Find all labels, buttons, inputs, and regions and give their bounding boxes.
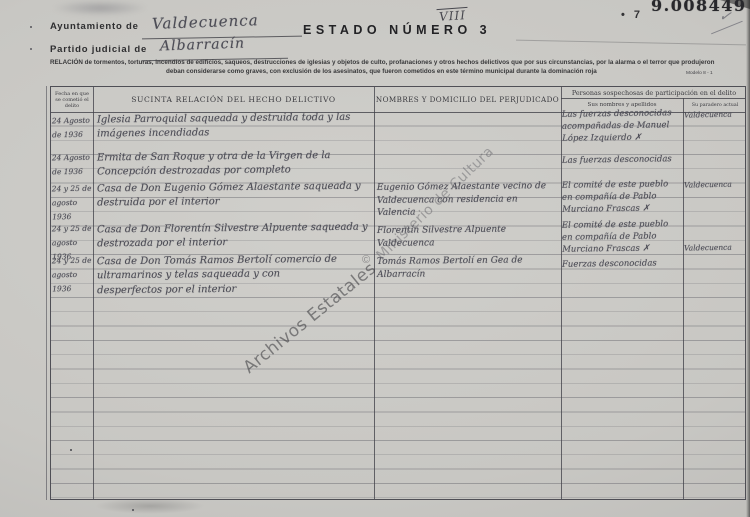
fecha-cell: 24 y 25 de agosto 1936 [52,182,95,225]
column-divider-nombres [561,87,562,499]
relacion-paragraph: RELACIÓN de tormentos, torturas, incendi… [50,59,730,76]
paper-crease-line [516,40,746,46]
partido-judicial-label: Partido judicial de [50,44,147,55]
relacion-line-2: deban considerarse como graves, con excl… [50,68,730,77]
pencil-checkmark: ✓ [718,6,733,26]
hecho-cell: Casa de Don Tomás Ramos Bertolí comercio… [97,253,347,299]
sospechosos-cell: Las fuerzas desconocidas [562,153,674,167]
bottom-shading [95,498,205,514]
relacion-line-1: RELACIÓN de tormentos, torturas, incendi… [50,59,730,68]
sospechosos-cell: El comité de este pueblo en compañía de … [562,218,674,256]
column-header-sucinta-relacion: SUCINTA RELACIÓN DEL HECHO DELICTIVO [93,87,374,112]
hecho-cell: Ermita de San Roque y otra de la Virgen … [97,149,377,181]
ayuntamiento-label: Ayuntamiento de [50,21,139,32]
roman-numeral-annotation: VIII [437,7,469,24]
table-outer-double-line [46,86,47,500]
sospechosos-cell: El comité de este pueblo en compañía de … [562,178,674,216]
right-edge-shadow [746,0,750,517]
ayuntamiento-handwritten-value: Valdecuenca [152,11,259,33]
column-header-personas-sospechosas: Personas sospechosas de participación en… [561,87,747,98]
paradero-cell: Valdecuenca [684,242,744,252]
column-header-fecha: Fecha en que se cometió el delito [51,87,93,112]
document-title: ESTADO NÚMERO 3 [303,23,491,37]
hecho-cell: Casa de Don Eugenio Gómez Alaestante saq… [97,180,379,212]
perjudicado-cell: Eugenio Gómez Alaestante vecino de Valde… [377,180,555,220]
page-number-annotation: • 7 [621,9,643,21]
fecha-cell: 24 y 25 de agosto 1936 [52,254,95,297]
fecha-cell: 24 Agosto de 1936 [52,114,94,143]
sospechosos-cell: Fuerzas desconocidas [562,257,674,271]
scan-speckles [30,26,32,28]
perjudicado-cell: Tomás Ramos Bertolí en Gea de Albarracín [377,254,555,281]
paradero-cell: Valdecuenca [684,109,744,119]
modelo-label: Modelo 8 - 1 [686,71,713,76]
column-divider-paradero [683,98,684,499]
hecho-cell: Iglesia Parroquial saqueada y destruida … [97,111,375,143]
sospechosos-cell: Las fuerzas desconocidas acompañadas de … [562,107,674,145]
hecho-cell: Casa de Don Florentín Silvestre Alpuente… [97,221,369,253]
partido-judicial-handwritten-value: Albarracín [160,36,245,55]
fecha-cell: 24 Agosto de 1936 [52,151,94,180]
faded-stamp-smudge [52,0,148,16]
copyright-watermark: © [362,254,370,266]
scanned-document-page: 9.008449 • 7 ✓ Ayuntamiento de Valdecuen… [0,0,750,517]
paradero-cell: Valdecuenca [684,179,744,189]
column-header-nombres-domicilio: NOMBRES Y DOMICILIO DEL PERJUDICADO [374,87,561,112]
